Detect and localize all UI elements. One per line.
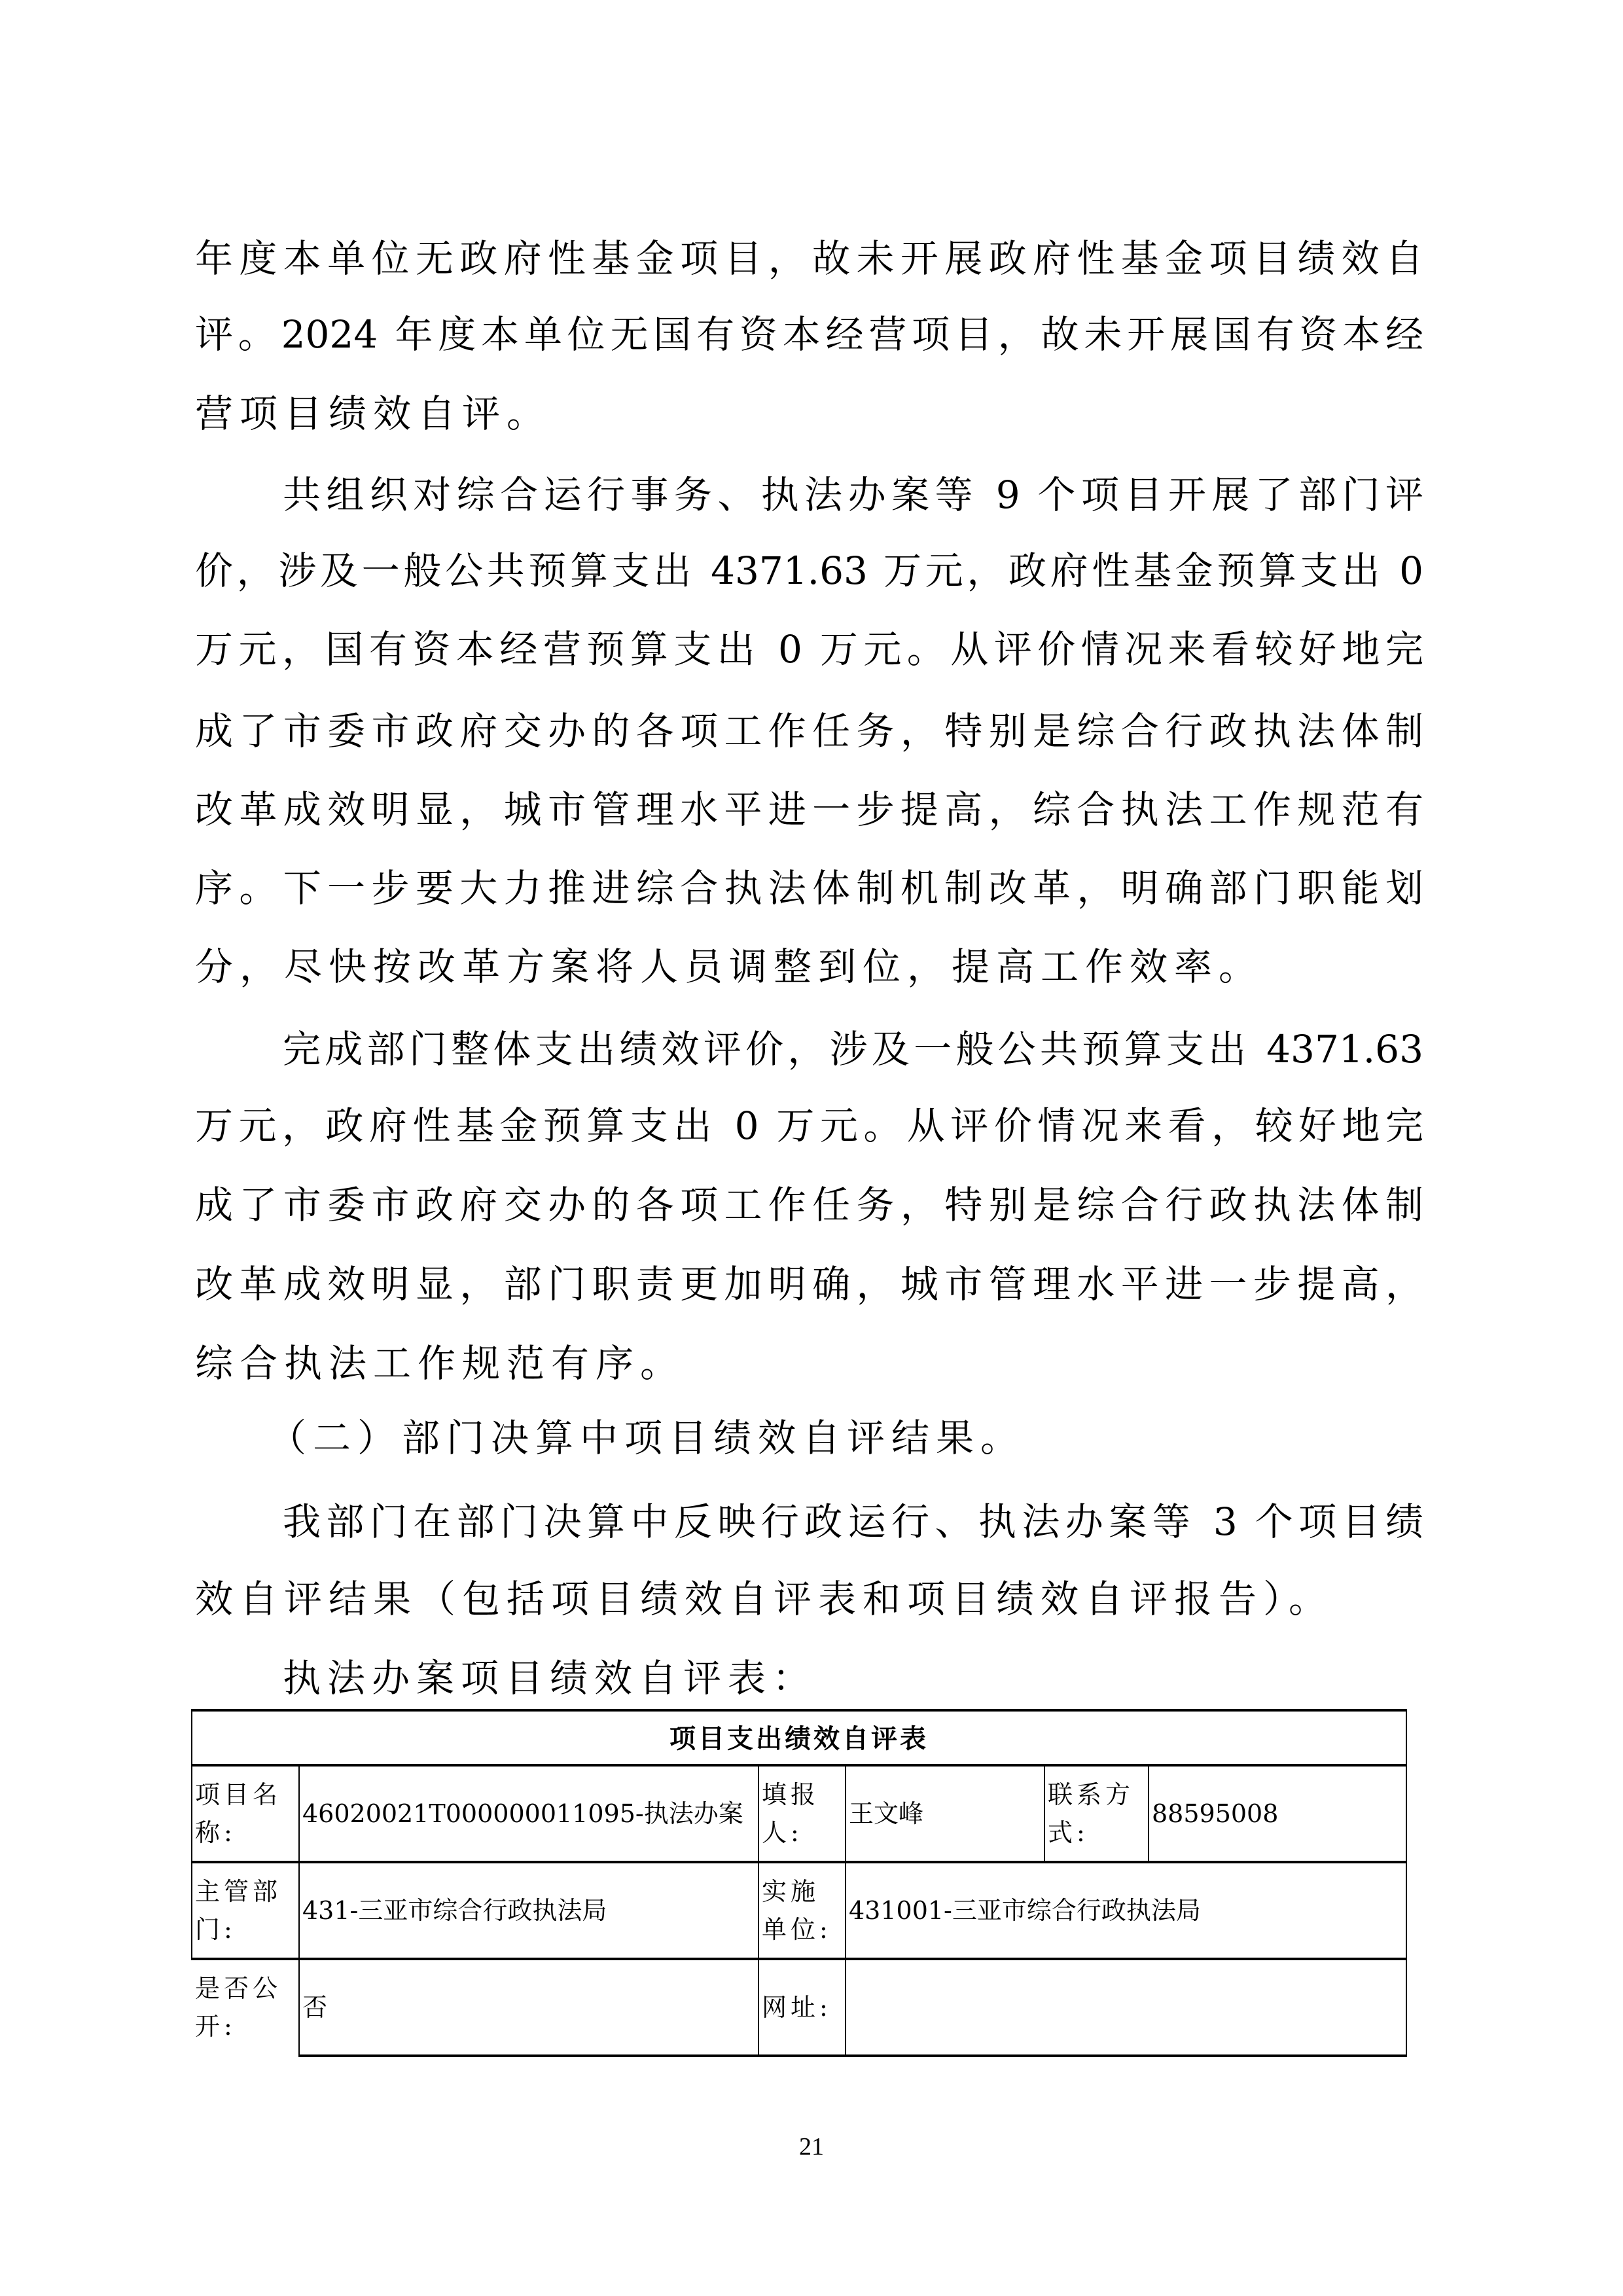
- paragraph-line: 综合执法工作规范有序。: [195, 1337, 1423, 1390]
- filler-label: 填报人:: [759, 1767, 845, 1861]
- url-value: [846, 1960, 1406, 2054]
- url-label: 网址:: [759, 1960, 845, 2054]
- page-number: 21: [785, 2132, 838, 2161]
- filler-value: 王文峰: [846, 1767, 1044, 1861]
- paragraph-line: 万元，国有资本经营预算支出 0 万元。从评价情况来看较好地完: [195, 623, 1423, 675]
- paragraph-line: 营项目绩效自评。: [195, 387, 1423, 440]
- table-title: 项目支出绩效自评表: [191, 1709, 1407, 1764]
- paragraph-line: 完成部门整体支出绩效评价，涉及一般公共预算支出 4371.63: [283, 1023, 1423, 1075]
- project-name-label: 项目名称:: [192, 1767, 298, 1861]
- impl-unit-value: 431001-三亚市综合行政执法局: [846, 1863, 1406, 1958]
- paragraph-line: 年度本单位无政府性基金项目，故未开展政府性基金项目绩效自: [195, 232, 1423, 285]
- public-value: 否: [300, 1960, 758, 2054]
- project-name-value: 46020021T000000011095-执法办案: [300, 1767, 758, 1861]
- paragraph-line: 成了市委市政府交办的各项工作任务，特别是综合行政执法体制: [195, 1179, 1423, 1231]
- paragraph-line: 序。下一步要大力推进综合执法体制机制改革，明确部门职能划: [195, 862, 1423, 914]
- paragraph-line: 评。2024 年度本单位无国有资本经营项目，故未开展国有资本经: [195, 308, 1423, 361]
- contact-label: 联系方式:: [1045, 1767, 1148, 1861]
- paragraph-line: 改革成效明显，部门职责更加明确，城市管理水平进一步提高，: [195, 1258, 1423, 1310]
- paragraph-line: 我部门在部门决算中反映行政运行、执法办案等 3 个项目绩: [283, 1496, 1423, 1548]
- dept-label: 主管部门:: [192, 1863, 298, 1958]
- paragraph-line: 效自评结果（包括项目绩效自评表和项目绩效自评报告）。: [195, 1573, 1423, 1625]
- contact-value: 88595008: [1149, 1767, 1406, 1861]
- table-border-bottom: [298, 2054, 1407, 2057]
- section-heading: （二）部门决算中项目绩效自评结果。: [268, 1412, 1409, 1464]
- project-self-evaluation-table: 项目支出绩效自评表 项目名称: 46020021T000000011095-执法…: [191, 1709, 1407, 2056]
- public-label: 是否公开:: [192, 1960, 298, 2054]
- dept-value: 431-三亚市综合行政执法局: [300, 1863, 758, 1958]
- impl-unit-label: 实施单位:: [759, 1863, 845, 1958]
- paragraph-line: 共组织对综合运行事务、执法办案等 9 个项目开展了部门评: [283, 469, 1423, 521]
- paragraph-line: 价，涉及一般公共预算支出 4371.63 万元，政府性基金预算支出 0: [195, 545, 1423, 597]
- table-caption: 执法办案项目绩效自评表：: [283, 1652, 1423, 1704]
- paragraph-line: 改革成效明显，城市管理水平进一步提高，综合执法工作规范有: [195, 783, 1423, 836]
- paragraph-line: 分，尽快按改革方案将人员调整到位，提高工作效率。: [195, 941, 1423, 993]
- paragraph-line: 万元，政府性基金预算支出 0 万元。从评价情况来看，较好地完: [195, 1100, 1423, 1152]
- paragraph-line: 成了市委市政府交办的各项工作任务，特别是综合行政执法体制: [195, 705, 1423, 757]
